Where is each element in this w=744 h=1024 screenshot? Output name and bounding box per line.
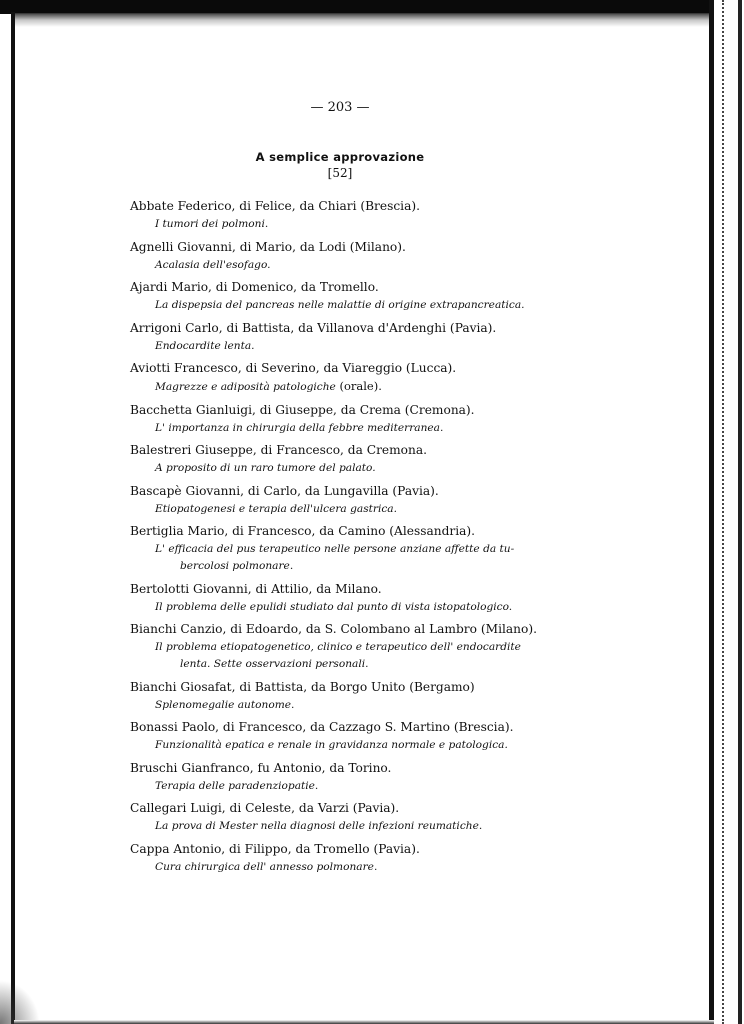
entry-name: Aviotti Francesco, di Severino, da Viare… <box>130 359 570 378</box>
entry-name: Balestreri Giuseppe, di Francesco, da Cr… <box>130 441 570 460</box>
entry-name: Bacchetta Gianluigi, di Giuseppe, da Cre… <box>130 401 570 420</box>
entry-title: A proposito di un raro tumore del palato… <box>130 460 570 477</box>
entry-name: Callegari Luigi, di Celeste, da Varzi (P… <box>130 799 570 818</box>
entry-name: Bonassi Paolo, di Francesco, da Cazzago … <box>130 718 570 737</box>
entry-title: La dispepsia del pancreas nelle malattie… <box>130 297 570 314</box>
scan-top-edge <box>0 0 744 14</box>
entry-title-continuation: bercolosi polmonare. <box>155 558 570 575</box>
scan-top-shadow <box>14 13 714 27</box>
entry-title-suffix: (orale). <box>336 379 382 393</box>
entry-name: Bertiglia Mario, di Francesco, da Camino… <box>130 522 570 541</box>
entry-name: Bascapè Giovanni, di Carlo, da Lungavill… <box>130 482 570 501</box>
section-count: [52] <box>0 166 680 180</box>
entry-title: L' importanza in chirurgia della febbre … <box>130 420 570 437</box>
entry-name: Bertolotti Giovanni, di Attilio, da Mila… <box>130 580 570 599</box>
list-item: Aviotti Francesco, di Severino, da Viare… <box>130 359 570 396</box>
entry-title: Acalasia dell'esofago. <box>130 257 570 274</box>
entry-title: Il problema etiopatogenetico, clinico e … <box>130 639 570 673</box>
entry-name: Bianchi Giosafat, di Battista, da Borgo … <box>130 678 570 697</box>
page-number: — 203 — <box>0 100 680 115</box>
entry-name: Agnelli Giovanni, di Mario, da Lodi (Mil… <box>130 238 570 257</box>
list-item: Bianchi Giosafat, di Battista, da Borgo … <box>130 678 570 714</box>
list-item: Agnelli Giovanni, di Mario, da Lodi (Mil… <box>130 238 570 274</box>
entry-title-continuation: lenta. Sette osservazioni personali. <box>155 656 570 673</box>
entry-title: I tumori dei polmoni. <box>130 216 570 233</box>
entry-list: Abbate Federico, di Felice, da Chiari (B… <box>130 197 570 880</box>
scan-book-binding <box>709 0 744 1024</box>
entry-title: Terapia delle paradenziopatie. <box>130 778 570 795</box>
list-item: Arrigoni Carlo, di Battista, da Villanov… <box>130 319 570 355</box>
entry-name: Ajardi Mario, di Domenico, da Tromello. <box>130 278 570 297</box>
entry-name: Abbate Federico, di Felice, da Chiari (B… <box>130 197 570 216</box>
scan-corner-smudge <box>0 980 40 1024</box>
list-item: Bertolotti Giovanni, di Attilio, da Mila… <box>130 580 570 616</box>
list-item: Cappa Antonio, di Filippo, da Tromello (… <box>130 840 570 876</box>
entry-title: L' efficacia del pus terapeutico nelle p… <box>130 541 570 575</box>
list-item: Balestreri Giuseppe, di Francesco, da Cr… <box>130 441 570 477</box>
entry-title-text: L' efficacia del pus terapeutico nelle p… <box>155 543 514 555</box>
list-item: Bascapè Giovanni, di Carlo, da Lungavill… <box>130 482 570 518</box>
entry-title: La prova di Mester nella diagnosi delle … <box>130 818 570 835</box>
entry-name: Arrigoni Carlo, di Battista, da Villanov… <box>130 319 570 338</box>
list-item: Bianchi Canzio, di Edoardo, da S. Colomb… <box>130 620 570 673</box>
entry-title: Splenomegalie autonome. <box>130 697 570 714</box>
entry-title: Funzionalità epatica e renale in gravida… <box>130 737 570 754</box>
entry-title: Cura chirurgica dell' annesso polmonare. <box>130 859 570 876</box>
list-item: Bruschi Gianfranco, fu Antonio, da Torin… <box>130 759 570 795</box>
entry-title: Il problema delle epulidi studiato dal p… <box>130 599 570 616</box>
list-item: Bertiglia Mario, di Francesco, da Camino… <box>130 522 570 575</box>
entry-title: Magrezze e adiposità patologiche (orale)… <box>130 378 570 396</box>
scan-bottom-edge <box>14 1020 714 1024</box>
section-title: A semplice approvazione <box>0 150 680 164</box>
entry-title: Endocardite lenta. <box>130 338 570 355</box>
list-item: Ajardi Mario, di Domenico, da Tromello. … <box>130 278 570 314</box>
entry-title-text: Il problema etiopatogenetico, clinico e … <box>155 641 521 653</box>
list-item: Bonassi Paolo, di Francesco, da Cazzago … <box>130 718 570 754</box>
entry-name: Bianchi Canzio, di Edoardo, da S. Colomb… <box>130 620 570 639</box>
entry-name: Cappa Antonio, di Filippo, da Tromello (… <box>130 840 570 859</box>
entry-title: Etiopatogenesi e terapia dell'ulcera gas… <box>130 501 570 518</box>
list-item: Abbate Federico, di Felice, da Chiari (B… <box>130 197 570 233</box>
entry-name: Bruschi Gianfranco, fu Antonio, da Torin… <box>130 759 570 778</box>
list-item: Bacchetta Gianluigi, di Giuseppe, da Cre… <box>130 401 570 437</box>
entry-title-text: Magrezze e adiposità patologiche <box>155 381 336 393</box>
list-item: Callegari Luigi, di Celeste, da Varzi (P… <box>130 799 570 835</box>
